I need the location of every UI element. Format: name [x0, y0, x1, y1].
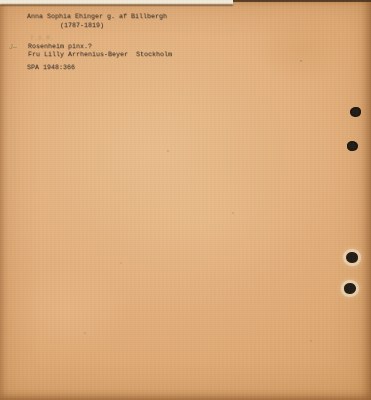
accession-number-line: SPA 1948:366 — [27, 64, 75, 72]
sitter-dates-line: (1787-1819) — [60, 22, 104, 30]
paper-grain-texture — [0, 0, 371, 400]
owner-line: Fru Lilly Arrhenius-Beyer Stockholm — [28, 51, 172, 59]
punch-hole-4 — [344, 283, 356, 294]
punch-hole-2 — [347, 141, 358, 151]
artist-line: Rosenheim pinx.? — [28, 43, 92, 51]
paper-specks — [0, 0, 2, 2]
sitter-name-line: Anna Sophia Ehinger g. af Billbergh — [27, 13, 167, 21]
paper-top-edge-shadow — [0, 4, 233, 6]
punch-hole-3 — [346, 252, 358, 263]
paper-top-edge-dark — [233, 0, 371, 2]
archive-card: Anna Sophia Ehinger g. af Billbergh (178… — [0, 0, 371, 400]
punch-hole-1 — [350, 107, 361, 117]
margin-mark: J— — [9, 44, 17, 51]
pencil-annotation: T.S.M. — [30, 35, 54, 42]
